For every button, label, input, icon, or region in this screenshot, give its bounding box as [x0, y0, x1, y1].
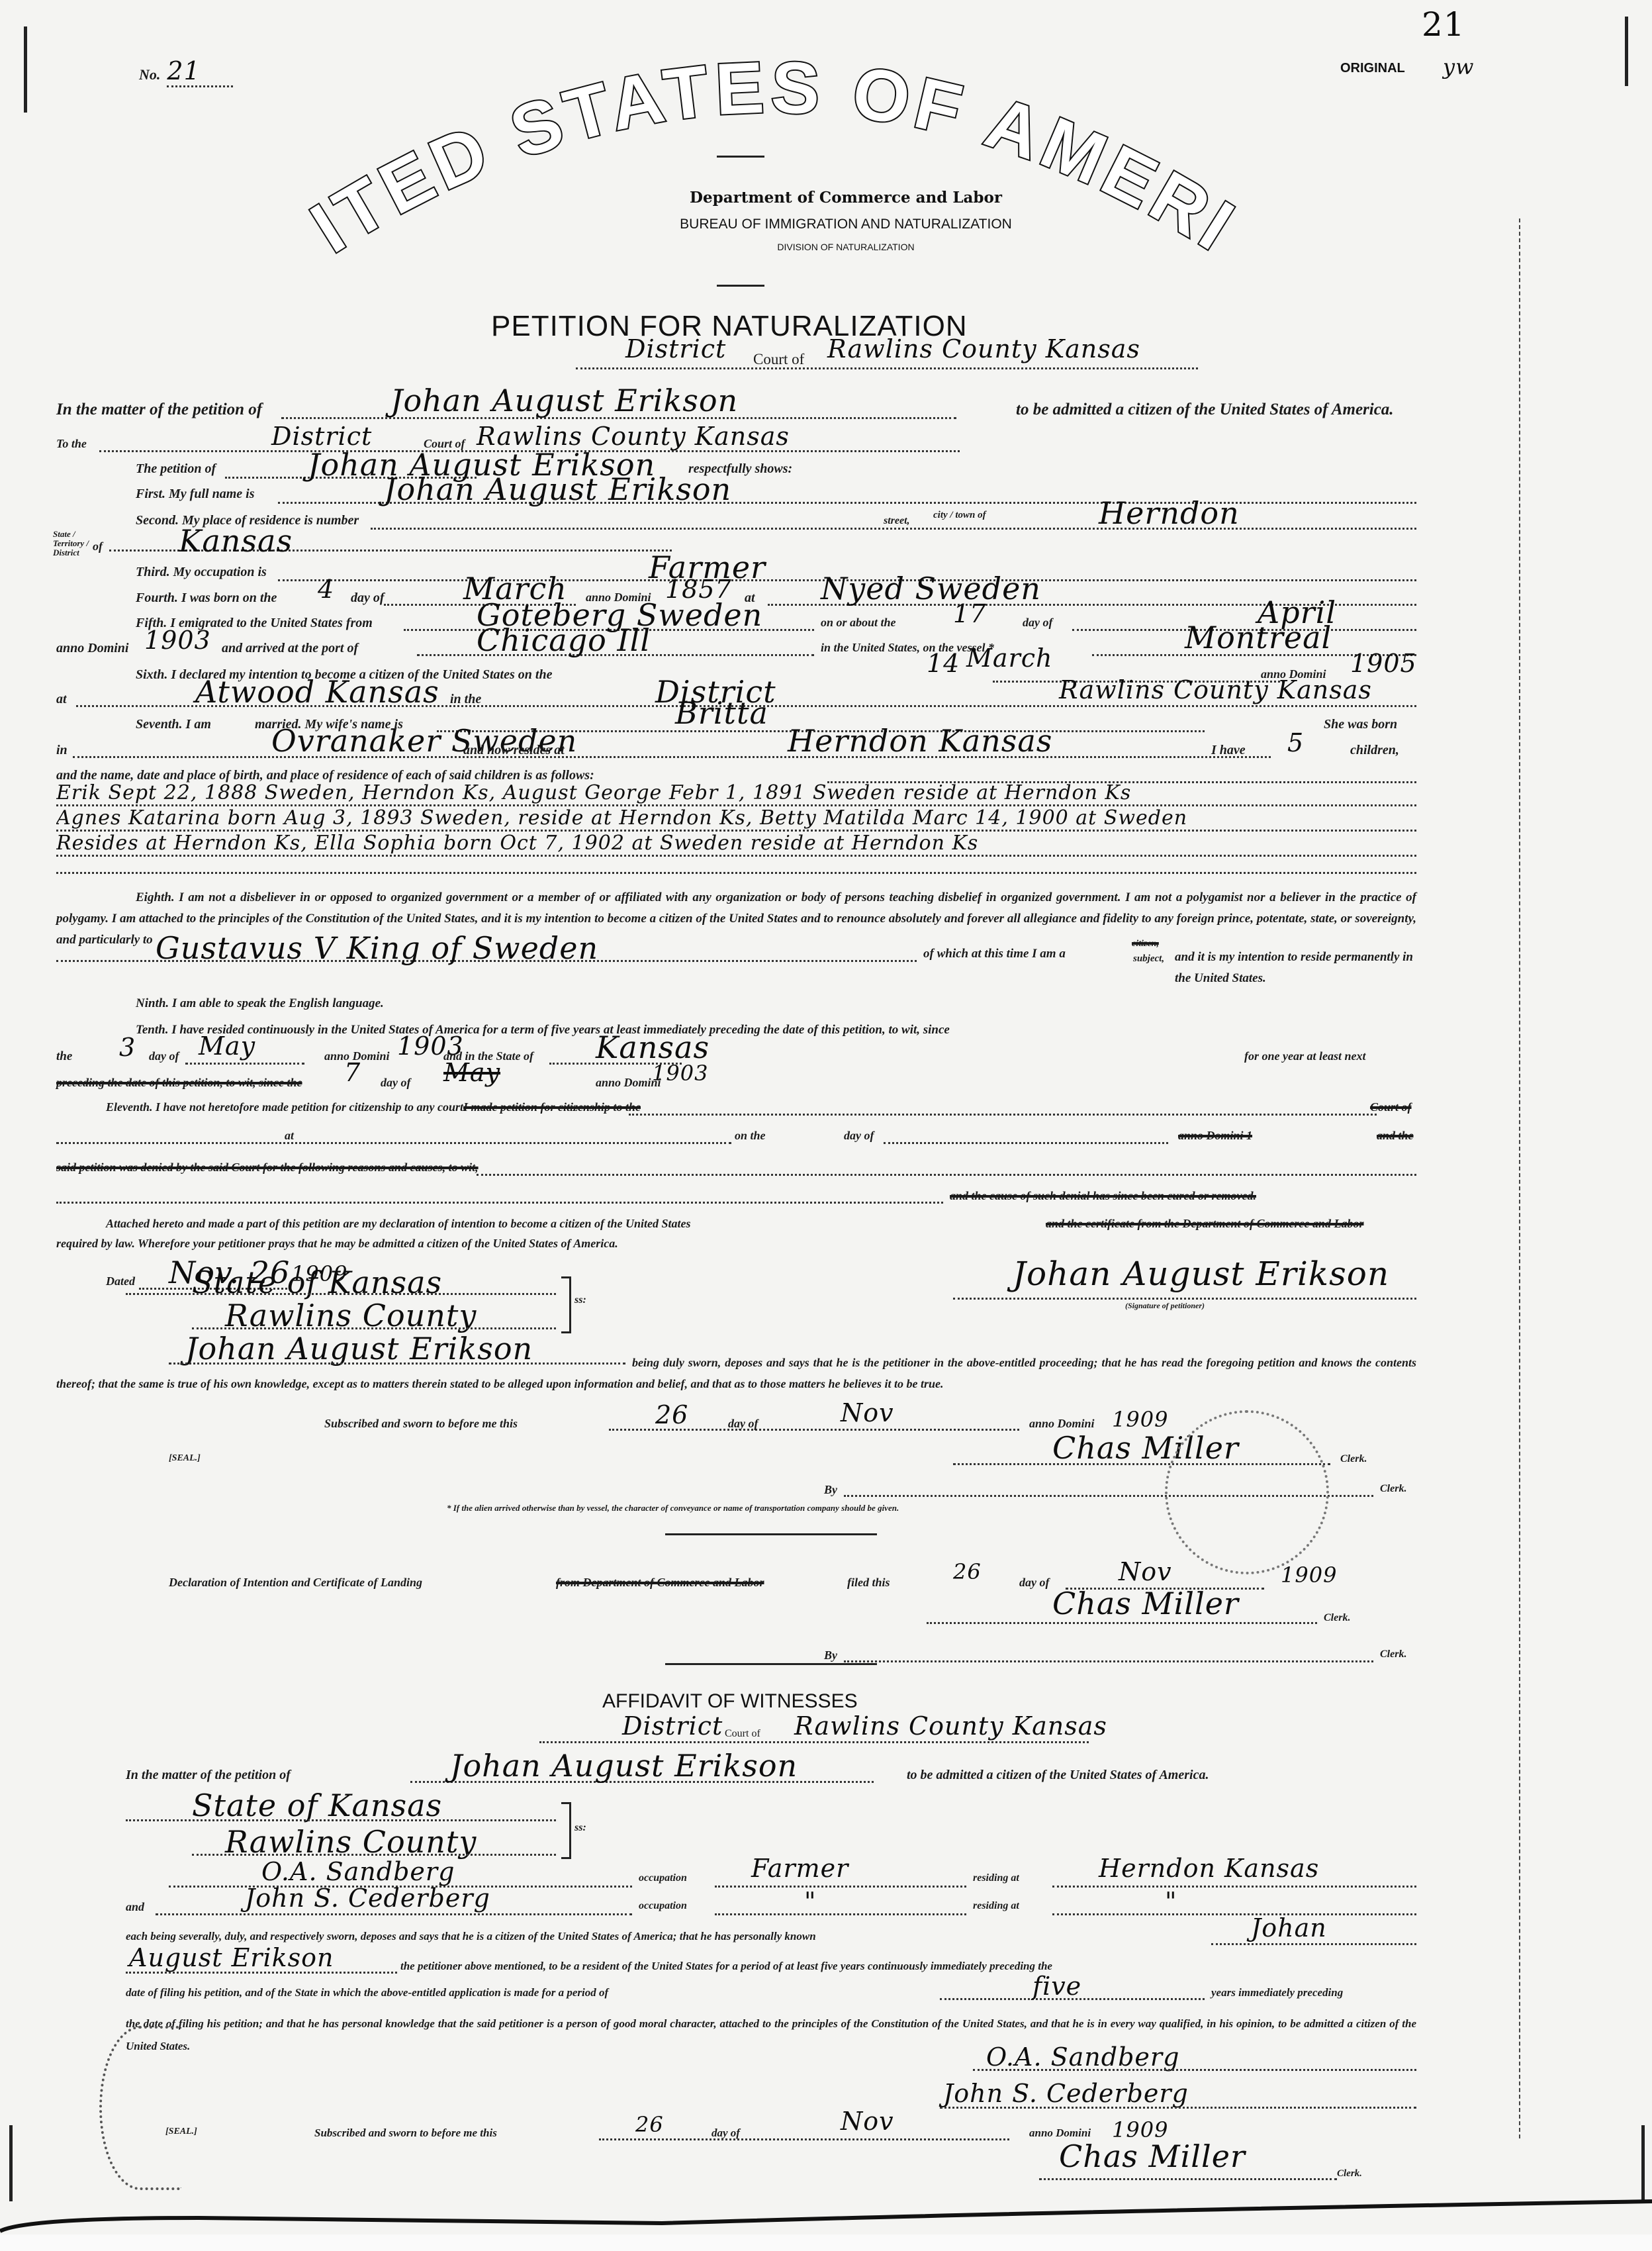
vessel: Montreal	[1185, 620, 1332, 655]
wife-residence: Herndon Kansas	[788, 723, 1052, 759]
declared-at: Atwood Kansas	[195, 674, 439, 710]
witness-residence: "	[1165, 1887, 1177, 1916]
court-seal-stamp	[1165, 1410, 1329, 1574]
emigrated-year: 1903	[144, 626, 211, 655]
original-initials: yw	[1443, 54, 1474, 79]
witness-residence: Herndon Kansas	[1099, 1854, 1319, 1883]
witness-occupation: "	[804, 1887, 816, 1916]
witness-name: O.A. Sandberg	[261, 1857, 455, 1886]
original-label: ORIGINAL	[1340, 61, 1405, 76]
footnote: * If the alien arrived otherwise than by…	[447, 1503, 899, 1513]
declared-month: March	[966, 644, 1053, 673]
wife-name: Britta	[675, 695, 768, 731]
binding-mark-right-bottom	[1641, 2125, 1645, 2201]
form-number: No. 21	[139, 56, 233, 87]
residence-state: Kansas	[179, 523, 293, 559]
court-type: District	[625, 334, 726, 363]
bureau-title: BUREAU OF IMMIGRATION AND NATURALIZATION	[0, 216, 1652, 232]
right-margin-line	[1519, 218, 1522, 2138]
petitioner-name: Johan August Erikson	[390, 383, 738, 418]
filing-clerk-signature: Chas Miller	[1052, 1586, 1239, 1621]
children-count: 5	[1287, 728, 1304, 757]
full-name: Johan August Erikson	[384, 471, 731, 507]
declared-year: 1905	[1350, 649, 1417, 678]
children-line: Resides at Herndon Ks, Ella Sophia born …	[56, 832, 1416, 857]
witness-occupation: Farmer	[751, 1854, 849, 1883]
eleventh-clause: Eleventh. I have not heretofore made pet…	[106, 1100, 467, 1114]
petitioner-signature: Johan August Erikson	[1013, 1255, 1389, 1293]
court-seal-stamp-left	[99, 2026, 181, 2190]
header-rule-1	[717, 156, 764, 158]
form-number-value: 21	[167, 56, 233, 87]
ninth-clause: Ninth. I am able to speak the English la…	[136, 996, 384, 1011]
binding-mark-left-top	[24, 26, 27, 113]
department-title: Department of Commerce and Labor	[0, 189, 1652, 207]
seal-label: [SEAL.]	[169, 1453, 201, 1464]
svg-text:UNITED STATES OF AMERICA: UNITED STATES OF AMERICA	[278, 53, 1252, 268]
arrival-port: Chicago Ill	[477, 622, 651, 658]
children-line: Agnes Katarina born Aug 3, 1893 Sweden, …	[56, 806, 1416, 832]
affidavit-petitioner: Johan August Erikson	[450, 1748, 798, 1784]
resided-since-month: May	[199, 1031, 255, 1061]
residence-city: Herndon	[1099, 495, 1240, 531]
tenth-clause: Tenth. I have resided continuously in th…	[136, 1023, 950, 1037]
affidavit-clerk-signature: Chas Miller	[1059, 2138, 1246, 2174]
verification-text: being duly sworn, deposes and says that …	[56, 1352, 1416, 1394]
witness-signature: O.A. Sandberg	[986, 2042, 1179, 2072]
witness-name: John S. Cederberg	[245, 1884, 490, 1913]
division-title: DIVISION OF NATURALIZATION	[0, 242, 1652, 252]
witness-signature: John S. Cederberg	[943, 2079, 1189, 2108]
birth-place: Nyed Sweden	[821, 571, 1041, 606]
binding-mark-left-bottom	[9, 2125, 13, 2201]
resided-since-day: 3	[119, 1033, 136, 1062]
page-number: 21	[1422, 5, 1465, 44]
court-location: Rawlins County Kansas	[827, 334, 1140, 363]
binding-mark-right-top	[1625, 17, 1628, 86]
resided-state: Kansas	[596, 1030, 710, 1065]
affidavit-title: AFFIDAVIT OF WITNESSES	[602, 1690, 858, 1713]
children-line: Erik Sept 22, 1888 Sweden, Herndon Ks, A…	[56, 781, 1416, 806]
sovereign: Gustavus V King of Sweden	[156, 930, 598, 966]
header-rule-2	[717, 285, 764, 287]
paper-bottom-edge	[0, 2198, 1652, 2251]
